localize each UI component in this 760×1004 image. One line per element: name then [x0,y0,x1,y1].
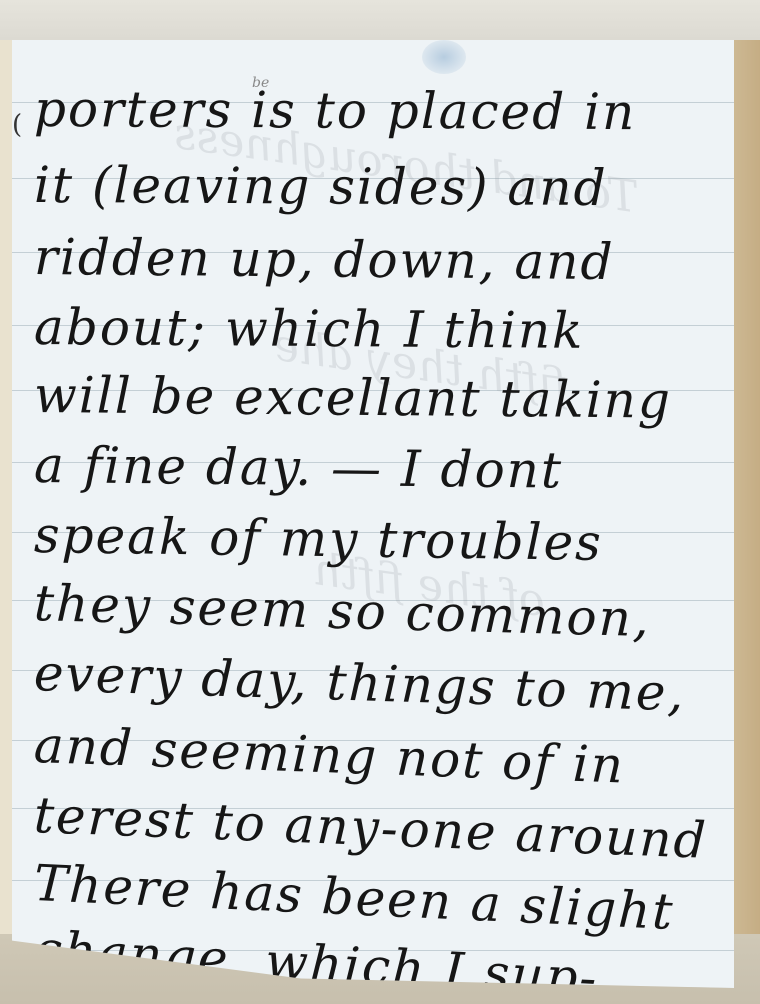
text-line-5: will be excellant taking [34,366,672,430]
text-line-4: about; which I think [34,298,585,360]
text-line-6: a fine day. — I dont [34,436,564,500]
ink-blot [422,40,466,74]
text-line-3: ridden up, down, and [34,228,615,291]
text-line-7: speak of my troubles [34,506,604,572]
backdrop-right [732,40,760,1004]
text-line-2: it (leaving sides) and [34,156,608,217]
text-line-9: every day, things to me, [33,644,686,722]
text-line-11: terest to any-one around [33,786,709,870]
text-line-10: and seeming not of in [33,716,626,795]
text-line-8: they seem so common, [33,574,651,648]
backdrop-top [0,0,760,40]
letter-page: To and thoroughness fifth they ahe of th… [12,40,734,988]
margin-mark: ( [12,110,22,140]
text-line-1: porters is to placed in [34,80,637,141]
backdrop-left [0,40,14,1004]
